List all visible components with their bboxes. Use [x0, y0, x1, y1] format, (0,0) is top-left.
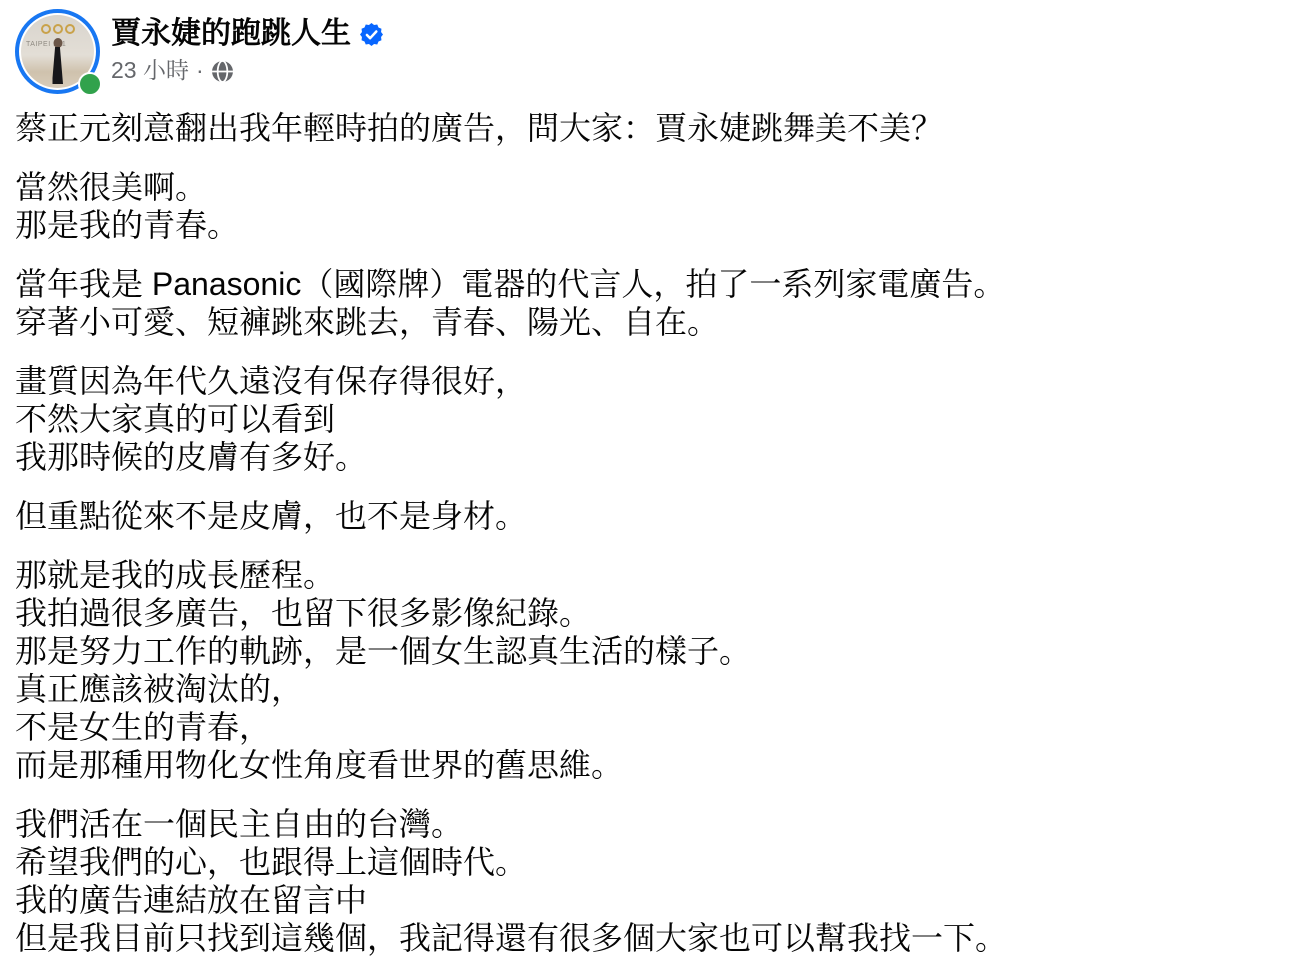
post-line: 真正應該被淘汰的， — [15, 670, 1297, 708]
post-paragraph: 當然很美啊。那是我的青春。 — [15, 168, 1297, 244]
person-figure — [48, 38, 68, 84]
post-paragraph: 畫質因為年代久遠沒有保存得很好，不然大家真的可以看到我那時候的皮膚有多好。 — [15, 362, 1297, 476]
gold-logo-icon — [41, 24, 75, 36]
post-line: 我拍過很多廣告，也留下很多影像紀錄。 — [15, 594, 1297, 632]
post-paragraph: 當年我是 Panasonic（國際牌）電器的代言人，拍了一系列家電廣告。穿著小可… — [15, 265, 1297, 341]
header-info: 賈永婕的跑跳人生 23 小時 · — [111, 9, 383, 84]
post-line: 那就是我的成長歷程。 — [15, 556, 1297, 594]
facebook-post: TAIPEI 101 賈永婕的跑跳人生 23 小時 · — [0, 0, 1313, 968]
post-line: 畫質因為年代久遠沒有保存得很好， — [15, 362, 1297, 400]
post-header: TAIPEI 101 賈永婕的跑跳人生 23 小時 · — [15, 9, 1297, 94]
post-line: 我那時候的皮膚有多好。 — [15, 438, 1297, 476]
post-line: 當年我是 Panasonic（國際牌）電器的代言人，拍了一系列家電廣告。 — [15, 265, 1297, 303]
post-line: 希望我們的心，也跟得上這個時代。 — [15, 843, 1297, 881]
post-line: 那是努力工作的軌跡，是一個女生認真生活的樣子。 — [15, 632, 1297, 670]
post-paragraph: 但重點從來不是皮膚，也不是身材。 — [15, 497, 1297, 535]
post-line: 當然很美啊。 — [15, 168, 1297, 206]
post-line: 穿著小可愛、短褲跳來跳去，青春、陽光、自在。 — [15, 303, 1297, 341]
post-line: 我的廣告連結放在留言中 — [15, 881, 1297, 919]
active-status-indicator — [78, 72, 102, 96]
post-line: 蔡正元刻意翻出我年輕時拍的廣告，問大家：賈永婕跳舞美不美？ — [15, 109, 1297, 147]
post-text: 蔡正元刻意翻出我年輕時拍的廣告，問大家：賈永婕跳舞美不美？當然很美啊。那是我的青… — [15, 109, 1297, 957]
page-name-link[interactable]: 賈永婕的跑跳人生 — [111, 16, 351, 52]
meta-row: 23 小時 · — [111, 56, 383, 84]
post-line: 但是我目前只找到這幾個，我記得還有很多個大家也可以幫我找一下。 — [15, 919, 1297, 957]
post-paragraph: 那就是我的成長歷程。我拍過很多廣告，也留下很多影像紀錄。那是努力工作的軌跡，是一… — [15, 556, 1297, 784]
page-avatar[interactable]: TAIPEI 101 — [15, 9, 100, 94]
post-line: 那是我的青春。 — [15, 206, 1297, 244]
post-paragraph: 我們活在一個民主自由的台灣。希望我們的心，也跟得上這個時代。我的廣告連結放在留言… — [15, 805, 1297, 957]
post-line: 不是女生的青春， — [15, 708, 1297, 746]
verified-badge-icon — [360, 23, 383, 46]
post-line: 而是那種用物化女性角度看世界的舊思維。 — [15, 746, 1297, 784]
timestamp-link[interactable]: 23 小時 — [111, 56, 189, 84]
post-line: 但重點從來不是皮膚，也不是身材。 — [15, 497, 1297, 535]
post-line: 我們活在一個民主自由的台灣。 — [15, 805, 1297, 843]
meta-separator: · — [196, 56, 204, 84]
name-row: 賈永婕的跑跳人生 — [111, 16, 383, 52]
post-paragraph: 蔡正元刻意翻出我年輕時拍的廣告，問大家：賈永婕跳舞美不美？ — [15, 109, 1297, 147]
post-line: 不然大家真的可以看到 — [15, 400, 1297, 438]
globe-public-icon — [211, 60, 234, 83]
